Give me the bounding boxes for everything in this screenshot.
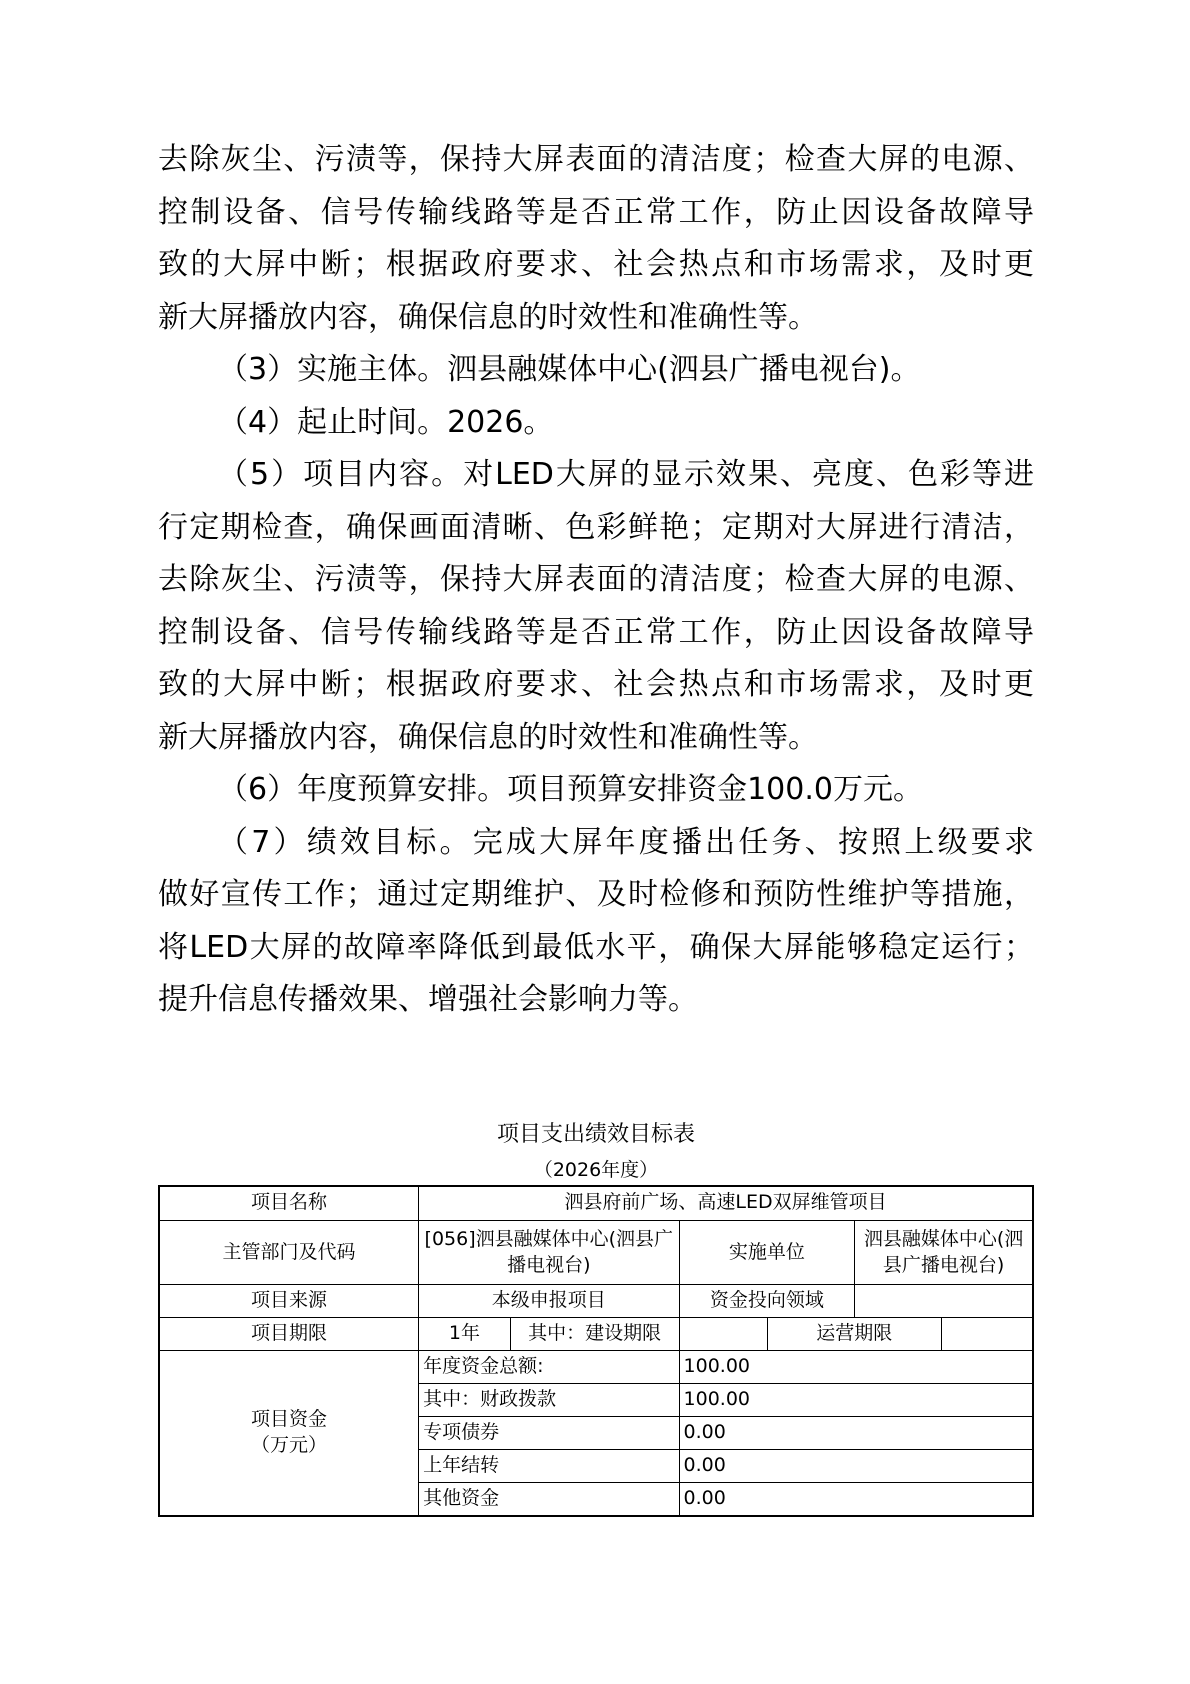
- cell-funds-label: 项目资金 （万元）: [159, 1351, 419, 1516]
- cell-fund-row-value: 0.00: [679, 1417, 1033, 1450]
- cell-operation-value: [941, 1318, 1033, 1351]
- body-line: 控制设备、信号传输线路等是否正常工作，防止因设备故障导: [158, 607, 1034, 660]
- table-row: 项目来源 本级申报项目 资金投向领域: [159, 1285, 1033, 1318]
- cell-impl-unit-value: 泗县融媒体中心(泗县广播电视台): [855, 1221, 1033, 1285]
- body-line: 将LED大屏的故障率降低到最低水平，确保大屏能够稳定运行；: [158, 922, 1034, 975]
- table-row: 项目名称 泗县府前广场、高速LED双屏维管项目: [159, 1186, 1033, 1221]
- table-row: 项目期限 1年 其中：建设期限 运营期限: [159, 1318, 1033, 1351]
- body-line: 控制设备、信号传输线路等是否正常工作，防止因设备故障导: [158, 187, 1034, 240]
- body-line: 提升信息传播效果、增强社会影响力等。: [158, 974, 1034, 1027]
- cell-project-name-value: 泗县府前广场、高速LED双屏维管项目: [419, 1186, 1033, 1221]
- cell-project-name-label: 项目名称: [159, 1186, 419, 1221]
- table-row: 主管部门及代码 [056]泗县融媒体中心(泗县广播电视台) 实施单位 泗县融媒体…: [159, 1221, 1033, 1285]
- body-line: （4）起止时间。2026。: [158, 397, 1034, 450]
- table-title: 项目支出绩效目标表: [158, 1121, 1034, 1149]
- cell-source-value: 本级申报项目: [419, 1285, 679, 1318]
- cell-duration-value: 1年: [419, 1318, 511, 1351]
- cell-operation-label: 运营期限: [767, 1318, 941, 1351]
- cell-fund-field-label: 资金投向领域: [679, 1285, 855, 1318]
- body-line: 行定期检查，确保画面清晰、色彩鲜艳；定期对大屏进行清洁，: [158, 502, 1034, 555]
- body-line: 致的大屏中断；根据政府要求、社会热点和市场需求，及时更: [158, 239, 1034, 292]
- cell-fund-row-label: 其他资金: [419, 1483, 679, 1516]
- table-subtitle: （2026年度）: [158, 1158, 1034, 1182]
- funds-label-line2: （万元）: [164, 1433, 414, 1459]
- body-line: 做好宣传工作；通过定期维护、及时检修和预防性维护等措施，: [158, 869, 1034, 922]
- cell-fund-field-value: [855, 1285, 1033, 1318]
- cell-construction-value: [679, 1318, 767, 1351]
- cell-fund-row-value: 100.00: [679, 1384, 1033, 1417]
- cell-duration-label: 项目期限: [159, 1318, 419, 1351]
- body-line: 新大屏播放内容，确保信息的时效性和准确性等。: [158, 292, 1034, 345]
- body-line: （3）实施主体。泗县融媒体中心(泗县广播电视台)。: [158, 344, 1034, 397]
- page-content: 去除灰尘、污渍等，保持大屏表面的清洁度；检查大屏的电源、 控制设备、信号传输线路…: [158, 0, 1034, 1517]
- cell-fund-row-value: 0.00: [679, 1450, 1033, 1483]
- cell-dept-label: 主管部门及代码: [159, 1221, 419, 1285]
- cell-impl-unit-label: 实施单位: [679, 1221, 855, 1285]
- body-line: （7）绩效目标。完成大屏年度播出任务、按照上级要求: [158, 817, 1034, 870]
- body-line: 致的大屏中断；根据政府要求、社会热点和市场需求，及时更: [158, 659, 1034, 712]
- cell-fund-row-label: 上年结转: [419, 1450, 679, 1483]
- body-text: 去除灰尘、污渍等，保持大屏表面的清洁度；检查大屏的电源、 控制设备、信号传输线路…: [158, 0, 1034, 1027]
- cell-fund-row-label: 专项债券: [419, 1417, 679, 1450]
- body-line: 去除灰尘、污渍等，保持大屏表面的清洁度；检查大屏的电源、: [158, 554, 1034, 607]
- body-line: （6）年度预算安排。项目预算安排资金100.0万元。: [158, 764, 1034, 817]
- performance-table: 项目名称 泗县府前广场、高速LED双屏维管项目 主管部门及代码 [056]泗县融…: [158, 1185, 1034, 1517]
- table-row: 项目资金 （万元） 年度资金总额: 100.00: [159, 1351, 1033, 1384]
- cell-fund-row-label: 其中：财政拨款: [419, 1384, 679, 1417]
- funds-label-line1: 项目资金: [164, 1407, 414, 1433]
- cell-fund-row-label: 年度资金总额:: [419, 1351, 679, 1384]
- cell-fund-row-value: 0.00: [679, 1483, 1033, 1516]
- cell-source-label: 项目来源: [159, 1285, 419, 1318]
- body-line: （5）项目内容。对LED大屏的显示效果、亮度、色彩等进: [158, 449, 1034, 502]
- body-line: 去除灰尘、污渍等，保持大屏表面的清洁度；检查大屏的电源、: [158, 134, 1034, 187]
- cell-fund-row-value: 100.00: [679, 1351, 1033, 1384]
- body-line: 新大屏播放内容，确保信息的时效性和准确性等。: [158, 712, 1034, 765]
- cell-construction-label: 其中：建设期限: [510, 1318, 679, 1351]
- cell-dept-value: [056]泗县融媒体中心(泗县广播电视台): [419, 1221, 679, 1285]
- document-page: 去除灰尘、污渍等，保持大屏表面的清洁度；检查大屏的电源、 控制设备、信号传输线路…: [0, 0, 1190, 1684]
